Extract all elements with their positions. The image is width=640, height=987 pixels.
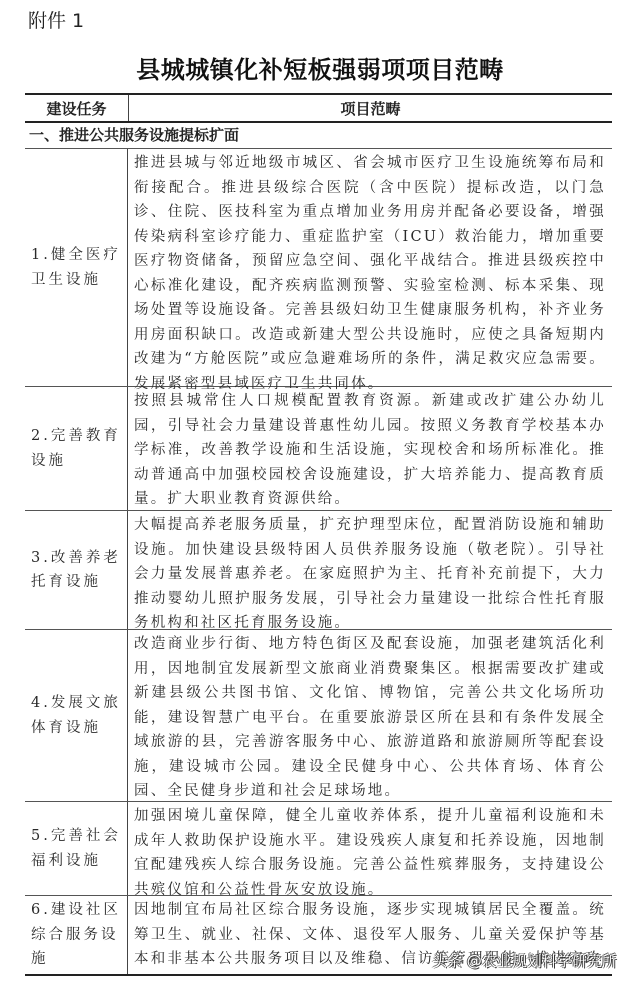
table-row: 2.完善教育设施 按照县城常住人口规模配置教育资源。新建或改扩建公办幼儿园，引导…: [25, 387, 612, 511]
watermark: 头条 @农业规划科学研究所: [432, 950, 617, 971]
table-row: 5.完善社会福利设施 加强困境儿童保障，健全儿童收养体系，提升儿童福利设施和未成…: [25, 802, 612, 896]
section-heading: 一、推进公共服务设施提标扩面: [25, 123, 612, 149]
scope-cell: 加强困境儿童保障，健全儿童收养体系，提升儿童福利设施和未成年人救助保护设施水平。…: [128, 802, 612, 895]
table-header: 建设任务 项目范畴: [25, 95, 612, 123]
attachment-label: 附件 1: [28, 6, 84, 33]
scope-cell: 按照县城常住人口规模配置教育资源。新建或改扩建公办幼儿园，引导社会力量建设普惠性…: [128, 387, 612, 510]
table-row: 1.健全医疗卫生设施 推进县城与邻近地级市城区、省会城市医疗卫生设施统筹布局和衔…: [25, 149, 612, 387]
table-row: 3.改善养老托育设施 大幅提高养老服务质量，扩充护理型床位，配置消防设施和辅助设…: [25, 511, 612, 630]
document-title: 县城城镇化补短板强弱项项目范畴: [0, 50, 640, 85]
scope-cell: 推进县城与邻近地级市城区、省会城市医疗卫生设施统筹布局和衔接配合。推进县级综合医…: [128, 149, 612, 386]
task-cell: 4.发展文旅体育设施: [25, 630, 128, 801]
task-cell: 5.完善社会福利设施: [25, 802, 128, 895]
project-scope-table: 建设任务 项目范畴 一、推进公共服务设施提标扩面 1.健全医疗卫生设施 推进县城…: [25, 93, 612, 976]
header-task: 建设任务: [25, 95, 129, 121]
task-cell: 3.改善养老托育设施: [25, 511, 128, 629]
task-cell: 6.建设社区综合服务设施: [25, 896, 128, 974]
task-cell: 2.完善教育设施: [25, 387, 128, 510]
scope-cell: 改造商业步行街、地方特色街区及配套设施，加强老建筑活化利用，因地制宜发展新型文旅…: [128, 630, 612, 801]
table-row: 4.发展文旅体育设施 改造商业步行街、地方特色街区及配套设施，加强老建筑活化利用…: [25, 630, 612, 802]
task-cell: 1.健全医疗卫生设施: [25, 149, 128, 386]
header-scope: 项目范畴: [129, 95, 612, 121]
scope-cell: 大幅提高养老服务质量，扩充护理型床位，配置消防设施和辅助设施。加快建设县级特困人…: [128, 511, 612, 629]
